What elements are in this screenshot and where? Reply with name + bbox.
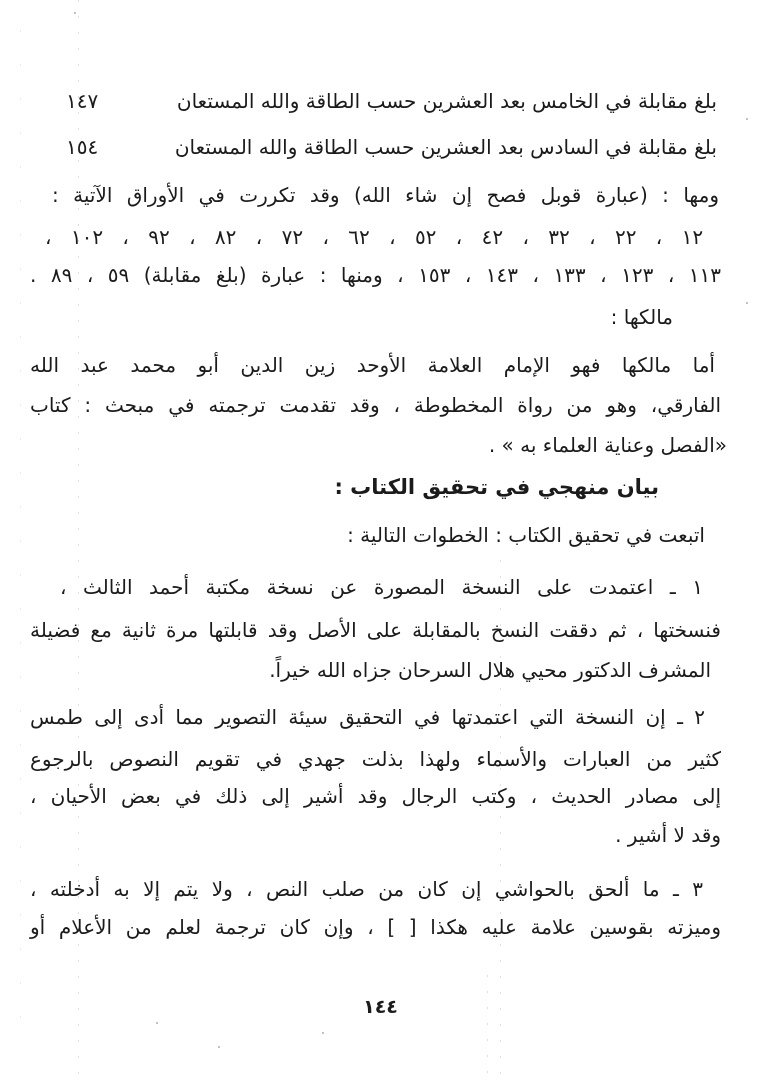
page-number: ١٤٤ bbox=[0, 996, 761, 1018]
text-line: ١١٣ ، ١٢٣ ، ١٣٣ ، ١٤٣ ، ١٥٣ ، ومنها : عب… bbox=[30, 260, 721, 294]
text-line: إلى مصادر الحديث ، وكتب الرجال وقد أشير … bbox=[30, 781, 721, 815]
text-line: ١٢ ، ٢٢ ، ٣٢ ، ٤٢ ، ٥٢ ، ٦٢ ، ٧٢ ، ٨٢ ، … bbox=[45, 222, 703, 256]
folio-number: ١٤٧ bbox=[66, 86, 98, 116]
text-line: ومها : (عبارة قوبل فصح إن شاء الله) وقد … bbox=[52, 180, 719, 214]
collation-row: بلغ مقابلة في السادس بعد العشرين حسب الط… bbox=[30, 132, 717, 166]
section-heading: بيان منهجي في تحقيق الكتاب : bbox=[30, 472, 659, 506]
scan-speck bbox=[746, 302, 748, 304]
section-label: مالكها : bbox=[30, 302, 673, 336]
text-line: كثير من العبارات والأسماء ولهذا بذلت جهد… bbox=[30, 744, 721, 778]
collation-text: بلغ مقابلة في السادس بعد العشرين حسب الط… bbox=[175, 132, 717, 162]
collation-row: بلغ مقابلة في الخامس بعد العشرين حسب الط… bbox=[30, 86, 717, 120]
text-line: أما مالكها فهو الإمام العلامة الأوحد زين… bbox=[30, 350, 715, 384]
scan-artifact-line bbox=[487, 975, 488, 1083]
text-line: فنسختها ، ثم دققت النسخ بالمقابلة على ال… bbox=[30, 615, 721, 649]
scan-speck bbox=[156, 1022, 158, 1024]
collation-text: بلغ مقابلة في الخامس بعد العشرين حسب الط… bbox=[177, 86, 717, 116]
text-line: وقد لا أشير . bbox=[30, 820, 721, 854]
text-line: ٣ ـ ما ألحق بالحواشي إن كان من صلب النص … bbox=[30, 874, 703, 908]
folio-number: ١٥٤ bbox=[66, 132, 98, 162]
text-line: المشرف الدكتور محيي هلال السرحان جزاه ال… bbox=[30, 655, 711, 689]
scan-artifact-line bbox=[20, 30, 21, 1050]
text-line: ١ ـ اعتمدت على النسخة المصورة عن نسخة مك… bbox=[60, 572, 703, 606]
scan-speck bbox=[746, 118, 748, 120]
book-page: بلغ مقابلة في الخامس بعد العشرين حسب الط… bbox=[0, 0, 761, 1083]
text-line: وميزته بقوسين علامة عليه هكذا [ ] ، وإن … bbox=[30, 912, 721, 946]
text-line: «الفصل وعناية العلماء به » . bbox=[30, 430, 727, 464]
text-line: اتبعت في تحقيق الكتاب : الخطوات التالية … bbox=[30, 520, 705, 554]
scan-speck bbox=[322, 1032, 324, 1034]
text-line: الفارقي، وهو من رواة المخطوطة ، وقد تقدم… bbox=[30, 390, 721, 424]
scan-speck bbox=[74, 12, 76, 14]
text-line: ٢ ـ إن النسخة التي اعتمدتها في التحقيق س… bbox=[30, 702, 705, 736]
scan-speck bbox=[218, 1046, 220, 1048]
